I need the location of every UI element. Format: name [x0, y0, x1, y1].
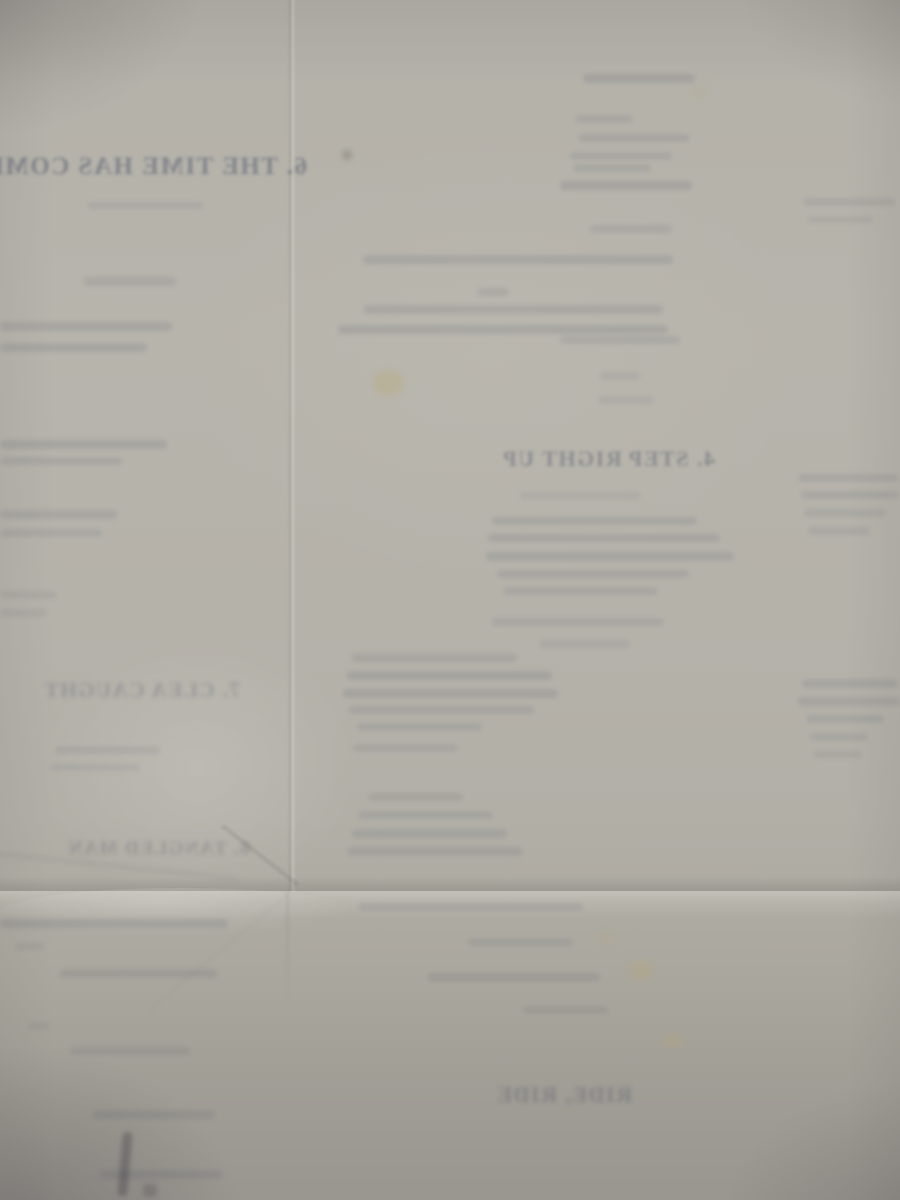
showthrough-text-line — [363, 255, 673, 264]
showthrough-text-line — [808, 527, 870, 535]
showthrough-text-line — [88, 202, 203, 209]
showthrough-text-line — [352, 654, 517, 662]
showthrough-text-line — [0, 322, 172, 331]
showthrough-text-line — [477, 288, 509, 296]
showthrough-text-line — [486, 552, 734, 561]
showthrough-text-line — [347, 671, 552, 680]
showthrough-text-line — [358, 811, 493, 819]
paper-stain — [689, 83, 711, 101]
showthrough-text-line — [488, 534, 720, 542]
showthrough-text-line — [492, 618, 664, 626]
showthrough-text-line — [0, 457, 122, 465]
showthrough-text-line — [60, 969, 217, 978]
showthrough-text-line — [357, 723, 482, 731]
paper-mark — [117, 1132, 133, 1197]
showthrough-text-line — [808, 216, 873, 223]
showthrough-text-line — [347, 847, 522, 856]
showthrough-text-line — [801, 491, 898, 499]
showthrough-text-line — [343, 689, 558, 698]
paper-stain — [372, 370, 404, 396]
showthrough-text-line — [600, 372, 640, 380]
showthrough-text-line — [468, 938, 573, 946]
showthrough-text-line — [798, 697, 900, 706]
paper-stain — [342, 150, 352, 160]
showthrough-text-line — [520, 492, 640, 499]
showthrough-text-line — [349, 706, 534, 714]
showthrough-text-line — [0, 591, 57, 599]
showthrough-text-line — [560, 336, 680, 344]
showthrough-text-line — [368, 793, 463, 801]
showthrough-text-line — [798, 474, 898, 482]
showthrough-text-line — [28, 1023, 50, 1030]
paper-mark — [143, 1184, 157, 1197]
showthrough-text-line — [570, 152, 672, 160]
showthrough-text-line — [363, 305, 663, 314]
showthrough-text-line — [55, 746, 160, 754]
showthrough-text-line — [0, 343, 147, 352]
showthrough-text-line — [573, 164, 651, 172]
showthrough-layer: 6. THE TIME HAS COME4. STEP RIGHT UP7. C… — [0, 0, 900, 1200]
showthrough-text-line — [575, 115, 633, 123]
showthrough-text-line — [70, 1047, 190, 1055]
showthrough-text-line — [583, 74, 695, 83]
showthrough-text-line — [806, 715, 884, 723]
showthrough-title-track-7: 7. CLEA CAUGHT — [0, 678, 240, 703]
showthrough-text-line — [503, 587, 658, 595]
showthrough-text-line — [598, 396, 653, 404]
showthrough-text-line — [802, 679, 898, 688]
showthrough-text-line — [497, 570, 689, 578]
showthrough-text-line — [338, 325, 668, 334]
showthrough-text-line — [0, 919, 228, 928]
showthrough-text-line — [50, 764, 140, 771]
showthrough-title-ride-ride: RIDE, RIDE — [496, 1082, 632, 1108]
showthrough-text-line — [352, 829, 507, 838]
showthrough-text-line — [540, 640, 630, 648]
paper-stain — [663, 1033, 683, 1049]
showthrough-text-line — [358, 903, 583, 911]
showthrough-title-track-4: 4. STEP RIGHT UP — [470, 446, 715, 472]
paper-stain — [598, 931, 614, 945]
showthrough-text-line — [428, 973, 600, 982]
showthrough-text-line — [0, 440, 167, 449]
showthrough-text-line — [353, 744, 458, 752]
showthrough-title-track-6: 6. THE TIME HAS COME — [0, 153, 307, 181]
showthrough-text-line — [15, 943, 45, 950]
showthrough-text-line — [578, 134, 690, 142]
showthrough-text-line — [0, 609, 47, 617]
showthrough-text-line — [93, 1110, 215, 1119]
folded-paper-photo: 6. THE TIME HAS COME4. STEP RIGHT UP7. C… — [0, 0, 900, 1200]
showthrough-text-line — [560, 181, 692, 190]
showthrough-text-line — [814, 751, 862, 758]
showthrough-text-line — [590, 225, 672, 233]
showthrough-title-track-8: 8. TANGLED MAN — [55, 838, 250, 860]
showthrough-text-line — [0, 510, 117, 519]
showthrough-text-line — [523, 1006, 608, 1014]
paper-stain — [629, 960, 653, 980]
showthrough-text-line — [84, 277, 176, 286]
showthrough-text-line — [804, 509, 886, 517]
showthrough-text-line — [492, 517, 697, 525]
showthrough-text-line — [0, 529, 102, 537]
showthrough-text-line — [810, 733, 868, 741]
showthrough-text-line — [803, 198, 895, 206]
